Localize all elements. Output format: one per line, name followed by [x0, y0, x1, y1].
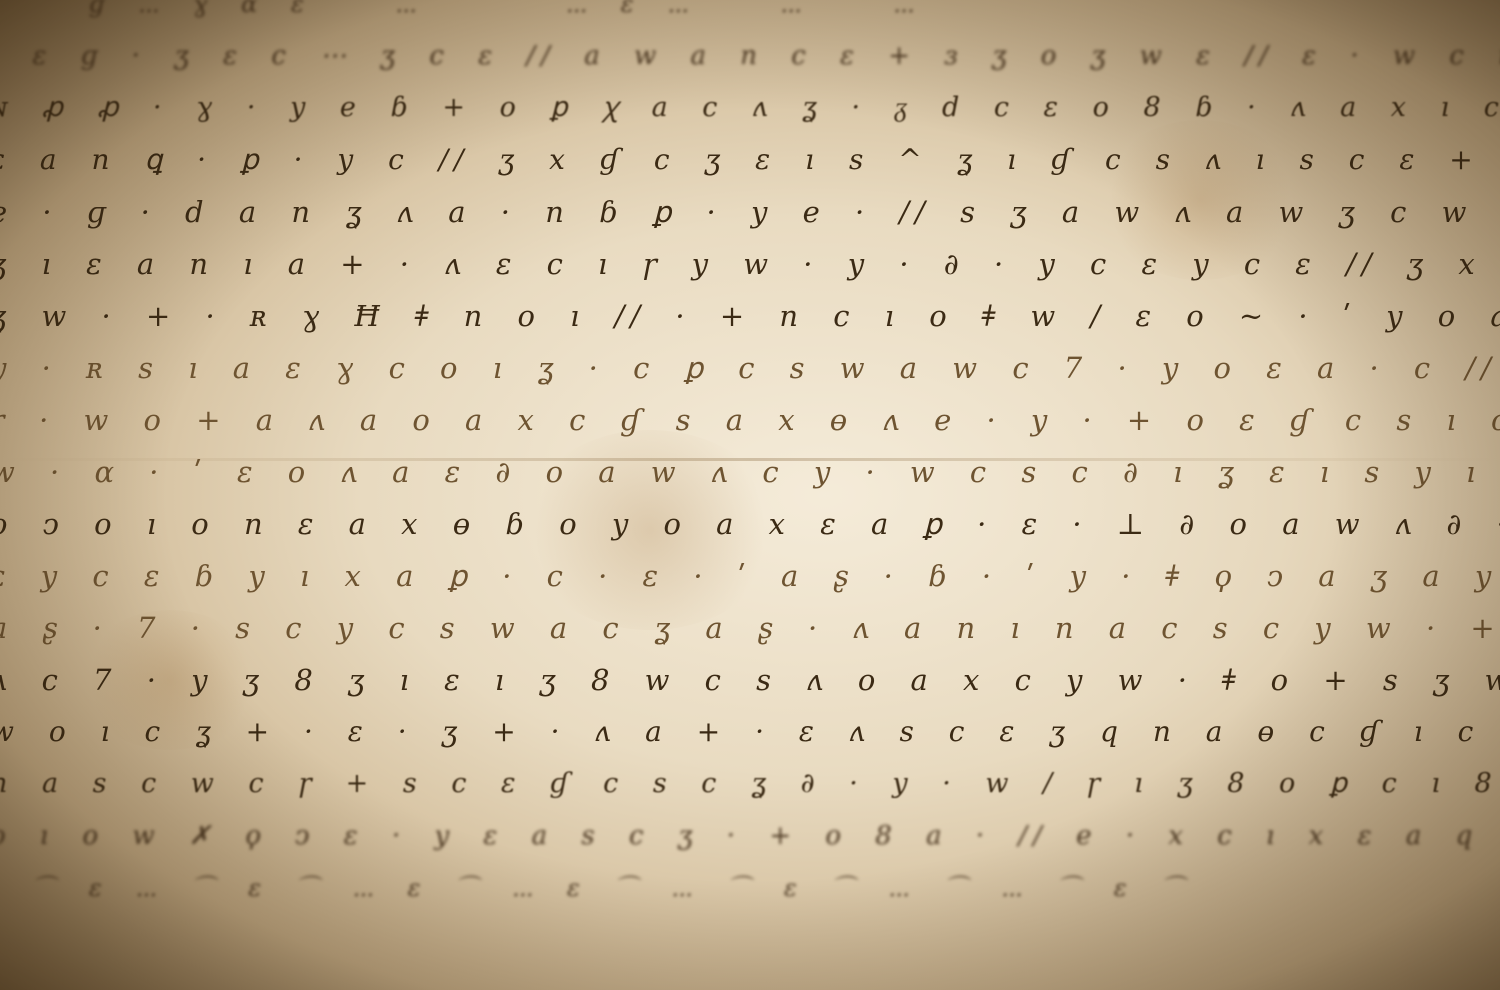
cipher-line: w · α · ʹ ɛ o ʌ a ɛ ∂ o a w ʌ c y · w c …: [0, 446, 1500, 498]
cipher-line: e · ɡ · d a n ʓ ʌ a · n ɓ ꝑ · y e · // s…: [0, 186, 1500, 238]
cipher-line: · ⌒ ɛ ⋯ ⌒ ɛ ⌒ ⋯ ɛ ⌒ ⋯ ɛ ⌒ ⋯ ⌒ ɛ ⌒ ⋯ ⌒ ⋯ …: [0, 862, 1500, 914]
cipher-line: o ↄ o ı o n ɛ a x ɵ ɓ o y o a x ɛ a ꝑ · …: [0, 498, 1500, 550]
manuscript-paper: · ⌒ ɡ ⋯ ɣ ɑ ɛ ⌒ ⋯ ⌒ ⌒ ⋯ ɛ ⋯ ⌒ ⋯ ⌒ ⋯ ⌒ ⌒ …: [0, 0, 1500, 990]
cipher-line: ɴ ꝓ ꝓ · ɣ · y e ɓ + o ꝑ ꭓ a c ʌ ʓ · ᵹ d …: [0, 82, 1500, 134]
cipher-line: a ʂ · 7 · s c y c s w a c ʓ a ʂ · ʌ a n …: [0, 602, 1500, 654]
cipher-line: · ɛ ɡ · ʒ ɛ c ⋯ ʒ c ɛ // a w a n c ɛ + ɜ…: [0, 30, 1500, 82]
cipher-line: ʒ ı ɛ a n ı a + · ʌ ɛ c ı ꞅ y w · y · ∂ …: [0, 238, 1500, 290]
cipher-line: ɛ a n ꝗ · ꝑ · y c // ʒ x ɠ c ʒ ɛ ı s ^ ʓ…: [0, 134, 1500, 186]
cipher-line: n a s c w c ꞅ + s c ɛ ɠ c s c ʓ ∂ · y · …: [0, 758, 1500, 810]
cipher-line: ʓ w · + · ʀ ɣ Ħ ǂ n o ı // · + n c ı o ǂ…: [0, 290, 1500, 342]
cipher-line: o ı o w ✗ ϙ ↄ ɛ · y ɛ a s c ʒ · + o 8 a …: [0, 810, 1500, 862]
cipher-line: ꞅ · w o + a ʌ a o a x c ɠ s a x ɵ ʌ e · …: [0, 394, 1500, 446]
cipher-line: ɛ y c ɛ ɓ y ı x a ꝑ · c · ɛ · ʹ a ʂ · ɓ …: [0, 550, 1500, 602]
cipher-line: ʌ c 7 · y ʒ 8 ʒ ı ɛ ı ʒ 8 w c s ʌ o a x …: [0, 654, 1500, 706]
cipher-line: · ⌒ ɡ ⋯ ɣ ɑ ɛ ⌒ ⋯ ⌒ ⌒ ⋯ ɛ ⋯ ⌒ ⋯ ⌒ ⋯ ⌒ ⌒: [0, 0, 1500, 30]
cipher-line: y · ʀ s ı a ɛ ɣ c o ı ʓ · c ꝑ c s w a w …: [0, 342, 1500, 394]
cipher-text: · ⌒ ɡ ⋯ ɣ ɑ ɛ ⌒ ⋯ ⌒ ⌒ ⋯ ɛ ⋯ ⌒ ⋯ ⌒ ⋯ ⌒ ⌒ …: [0, 0, 1500, 914]
cipher-line: w o ı c ʓ + · ɛ · ʒ + · ʌ a + · ɛ ʌ s c …: [0, 706, 1500, 758]
